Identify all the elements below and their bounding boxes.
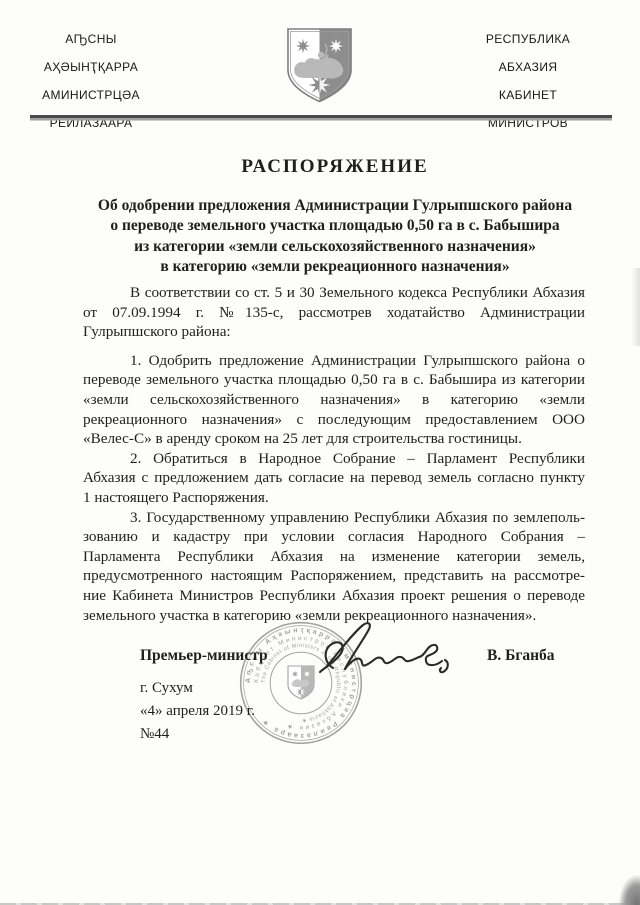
subtitle-line: в категорию «земли рекреационного назнач… [55, 257, 615, 277]
city-label: г. Сухум [140, 680, 193, 697]
star-left-icon [296, 39, 310, 53]
org-name-russian-line3: МИНИСТРОВ [458, 109, 598, 137]
org-name-russian-line2: КАБИНЕТ [458, 81, 598, 109]
scanned-decree-document: АҦСНЫ АҲӘЫНҬҚАРРА АМИНИСТРЦӘА РЕИЛАЗААРА [0, 0, 640, 905]
text-line: Парламента Республики Абхазия на изменен… [83, 547, 585, 567]
paragraph: 2. Обратиться в Народное Собрание – Парл… [83, 449, 585, 508]
paragraph: 3. Государственному управлению Республик… [83, 508, 585, 626]
paragraph: В соответствии со ст. 5 и 30 Земельного … [83, 283, 585, 342]
text-line: 3. Государственному управлению Республик… [83, 508, 585, 528]
text-line: рекреационного назначения» с последующим… [83, 410, 585, 430]
text-line: от 07.09.1994 г. №135-с, рассмотрев хода… [83, 303, 585, 323]
text-line: «земли сельскохозяйственного назначения»… [83, 390, 585, 410]
signature-scrawl-icon [303, 616, 463, 678]
doc-subtitle: Об одобрении предложения Администрации Г… [55, 196, 615, 278]
org-name-abkhazian: АҦСНЫ АҲӘЫНҬҚАРРА АМИНИСТРЦӘА РЕИЛАЗААРА [24, 25, 158, 137]
doc-body: В соответствии со ст. 5 и 30 Земельного … [83, 283, 585, 625]
premier-minister-label: Премьер-министр [140, 647, 268, 665]
org-name-abkhazian-line2: АМИНИСТРЦӘА [24, 81, 158, 109]
star-bottom-icon [309, 74, 331, 96]
text-line: 1 настоящего Распоряжения. [83, 488, 585, 508]
date-label: «4» апреля 2019 г. [140, 703, 255, 720]
paragraph: 1. Одобрить предложение Администрации Гу… [83, 351, 585, 449]
org-name-abkhazian-line3: РЕИЛАЗААРА [24, 109, 158, 137]
star-right-icon [329, 39, 343, 53]
coat-of-arms-icon [284, 26, 355, 105]
subtitle-line: из категории «земли сельскохозяйственног… [55, 237, 615, 257]
signer-name: В. Бганба [487, 647, 555, 665]
text-line: предусмотренного настоящим Распоряжением… [83, 566, 585, 586]
doc-number: №44 [140, 726, 169, 743]
org-name-abkhazian-line1: АҦСНЫ АҲӘЫНҬҚАРРА [24, 25, 158, 81]
text-line: ние Кабинета Министров Республики Абхази… [83, 586, 585, 606]
scan-corner-smudge [619, 875, 640, 905]
text-line: Гулрыпшского района: [83, 322, 585, 342]
text-line: «Велес-С» в аренду сроком на 25 лет для … [83, 429, 585, 449]
subtitle-line: о переводе земельного участка площадью 0… [55, 216, 615, 236]
text-line: зованию и кадастру при условии согласия … [83, 527, 585, 547]
text-line: 2. Обратиться в Народное Собрание – Парл… [83, 449, 585, 469]
scan-edge-artifact [631, 268, 640, 346]
subtitle-line: Об одобрении предложения Администрации Г… [55, 196, 615, 216]
text-line: переводе земельного участка площадью 0,5… [83, 370, 585, 390]
text-line: Абхазия с предложением дать согласие на … [83, 468, 585, 488]
org-name-russian-line1: РЕСПУБЛИКА АБХАЗИЯ [458, 25, 598, 81]
doc-title: РАСПОРЯЖЕНИЕ [85, 156, 585, 178]
org-name-russian: РЕСПУБЛИКА АБХАЗИЯ КАБИНЕТ МИНИСТРОВ [458, 25, 598, 137]
text-line: В соответствии со ст. 5 и 30 Земельного … [83, 283, 585, 303]
header-divider [30, 115, 612, 118]
text-line: 1. Одобрить предложение Администрации Гу… [83, 351, 585, 371]
